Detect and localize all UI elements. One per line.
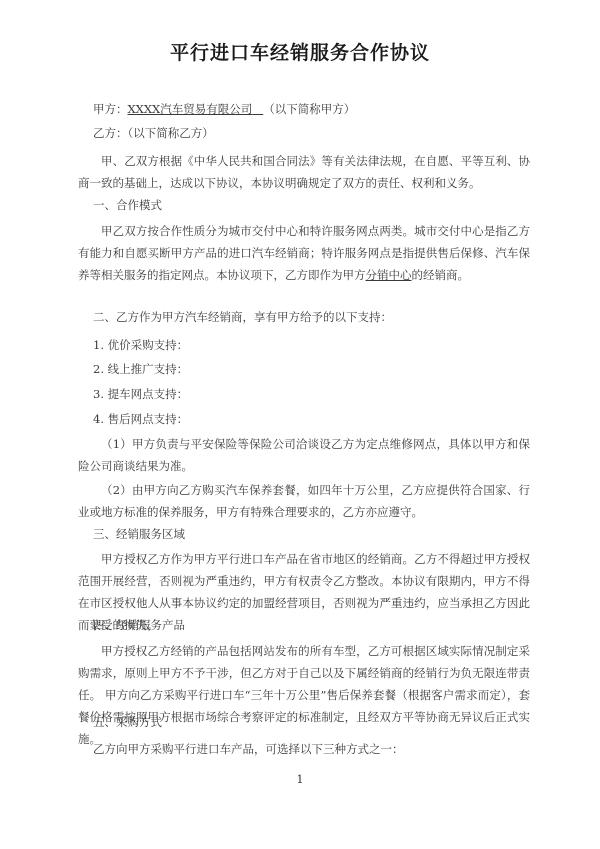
party-a-underline-gap <box>252 102 263 116</box>
section-2-heading: 二、乙方作为甲方汽车经销商，享有甲方给予的以下支持： <box>93 309 392 325</box>
preamble-paragraph: 甲、乙双方根据《中华人民共和国合同法》等有关法律法规，在自愿、平等互利、协商一致… <box>78 150 530 194</box>
party-a-suffix: （以下简称甲方） <box>263 102 355 116</box>
party-a-label: 甲方： <box>93 102 128 116</box>
party-a-line: 甲方：XXXX汽车贸易有限公司 （以下简称甲方） <box>93 101 355 117</box>
section-2-sub-2: （2）由甲方向乙方购买汽车保养套餐，如四年十万公里，乙方应提供符合国家、行业或地… <box>78 479 530 523</box>
party-b-suffix: （以下简称乙方） <box>128 126 214 140</box>
section-5-heading: 五、采购方式 <box>93 714 162 730</box>
section-5-body: 乙方向甲方采购平行进口车产品，可选择以下三种方式之一： <box>93 741 404 757</box>
section-2-item-2: 2. 线上推广支持： <box>93 361 188 377</box>
section-1-body-suffix: 的经销商。 <box>412 268 470 282</box>
party-b-line: 乙方：（以下简称乙方） <box>93 125 214 141</box>
section-2-item-4: 4. 售后网点支持： <box>93 411 188 427</box>
section-3-heading: 三、经销服务区域 <box>93 526 185 542</box>
document-page: 平行进口车经销服务合作协议 甲方：XXXX汽车贸易有限公司 （以下简称甲方） 乙… <box>0 0 600 849</box>
page-number: 1 <box>0 773 600 786</box>
document-title: 平行进口车经销服务合作协议 <box>0 38 600 65</box>
section-4-body: 甲方授权乙方经销的产品包括网站发布的所有车型，乙方可根据区域实际情况制定采购需求… <box>78 640 530 750</box>
section-1-body: 甲乙双方按合作性质分为城市交付中心和特许服务网点两类。城市交付中心是指乙方有能力… <box>78 220 530 286</box>
section-1-body-underlined: 分销中心 <box>366 268 412 282</box>
section-4-heading: 四、经销服务产品 <box>93 617 185 633</box>
section-1-heading: 一、合作模式 <box>93 197 162 213</box>
section-2-item-3: 3. 提车网点支持： <box>93 386 188 402</box>
party-a-name: XXXX汽车贸易有限公司 <box>128 102 253 116</box>
section-2-item-1: 1. 优价采购支持： <box>93 337 188 353</box>
party-b-label: 乙方： <box>93 126 128 140</box>
section-2-sub-1: （1）甲方负责与平安保险等保险公司洽谈设乙方为定点维修网点，具体以甲方和保险公司… <box>78 433 530 477</box>
